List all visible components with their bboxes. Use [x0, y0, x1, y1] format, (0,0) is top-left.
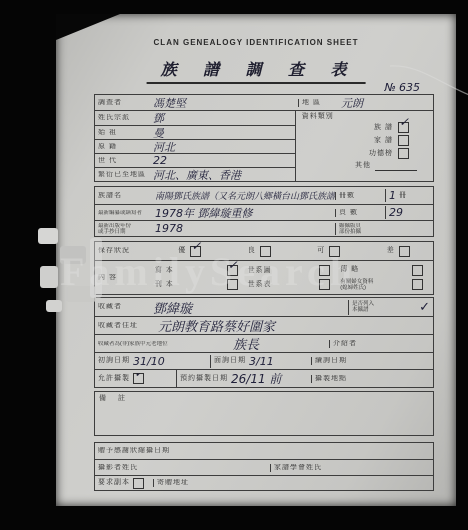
- condition-label: 保存狀況: [98, 247, 130, 255]
- category-option-label: 家 譜: [374, 137, 393, 145]
- content-checkbox: [227, 279, 238, 290]
- publish-year-row: 最新出版年份 或手抄日期 1978 縮攝版頁 部份拍攝: [95, 220, 433, 236]
- content-col-pedigree: 世系圖 世系表: [248, 265, 341, 290]
- filming-location-label: 攝製地點: [315, 375, 347, 383]
- editor-value: 1978年 鄧緯璇重修: [155, 205, 253, 221]
- category-option-label: 功德榜: [369, 150, 393, 158]
- holder-status-value: 族長: [233, 334, 259, 353]
- condition-content-table: 保存狀況 優✓ 良 可 差 內 容 寫 本✓ 刊 本 世系圖 世系表: [94, 241, 434, 295]
- interview-date-value: 3/11: [249, 355, 274, 368]
- book-title-row: 族譜名 南陽鄧氏族譜（又名元朗八鄉橫台山鄧氏族譜） 冊數 1冊: [95, 187, 433, 204]
- holder-row: 收藏者 鄧緯璇 是否列入 本攝譜 ✓: [95, 298, 433, 316]
- book-title-label: 族譜名: [98, 192, 122, 200]
- generations-value: 22: [153, 154, 167, 167]
- condition-checkbox: ✓: [190, 246, 201, 257]
- clan-surname-label: 姓氏宗派: [98, 114, 130, 122]
- condition-row: 保存狀況 優✓ 良 可 差: [95, 242, 433, 260]
- photographer-row: 攝影者姓氏 家譜學會姓氏: [95, 459, 433, 475]
- copy-request-checkbox: [133, 478, 144, 489]
- option-label: 有關婦女資料 (媳婦姓氏): [340, 279, 373, 291]
- option-label: 刊 本: [155, 281, 174, 289]
- content-checkbox: [412, 279, 423, 290]
- scheduled-date-value: 26/11 前: [231, 370, 281, 387]
- holder-status-label: 收藏者為(非)家族中元老地位: [98, 341, 168, 347]
- condition-option-fair: 可: [317, 246, 340, 257]
- microfilm-frame: CLAN GENEALOGY IDENTIFICATION SHEET 族 譜 …: [0, 0, 468, 530]
- society-label: 家譜學會姓氏: [274, 464, 322, 472]
- category-checkbox: [398, 135, 409, 146]
- region-value: 元朗: [341, 95, 363, 111]
- filming-permission-row: 允許攝製✓ 預約攝製日期26/11 前 攝製地點: [95, 369, 433, 387]
- include-in-filming-box: 是否列入 本攝譜 ✓: [348, 300, 433, 315]
- content-col-manuscript: 寫 本✓ 刊 本: [155, 265, 248, 290]
- option-label: 傳 略: [340, 266, 359, 274]
- holder-value: 鄧緯璇: [153, 298, 192, 317]
- book-title-value: 南陽鄧氏族譜（又名元朗八鄉橫台山鄧氏族譜）: [155, 189, 335, 202]
- pages-value: 29: [389, 206, 403, 219]
- pages-label: 頁 數: [339, 209, 358, 217]
- content-option-women-records: 有關婦女資料 (媳婦姓氏): [340, 279, 433, 291]
- content-checkbox: [412, 265, 423, 276]
- volumes-value: 1: [389, 189, 396, 202]
- holder-address-row: 收藏者住址 元朗教育路蔡好圍家: [95, 316, 433, 334]
- publish-year-label: 最新出版年份 或手抄日期: [98, 223, 131, 235]
- remarks-box: 備 註: [94, 391, 434, 436]
- content-option-printed: 刊 本: [155, 279, 248, 290]
- identity-left-rows: 姓氏宗派 鄧 始 祖 曼 原 籍 河北 世 代 22: [95, 111, 295, 181]
- first-inquiry-value: 31/10: [133, 355, 165, 368]
- content-option-pedigree-chart: 世系圖: [248, 265, 341, 276]
- content-option-manuscript: 寫 本✓: [155, 265, 248, 276]
- category-other-label: 其他: [355, 162, 371, 170]
- introducer-label: 介紹者: [333, 340, 357, 348]
- content-checkbox: [319, 279, 330, 290]
- content-checkbox: [319, 265, 330, 276]
- holder-address-value: 元朗教育路蔡好圍家: [158, 316, 275, 335]
- category-checkbox: [398, 148, 409, 159]
- holder-label: 收藏者: [98, 303, 122, 311]
- condition-checkbox: [260, 246, 271, 257]
- interview-date-label: 面詢日期: [214, 357, 246, 365]
- sheet-number-value: 635: [399, 81, 420, 94]
- sheet-number: № 635: [384, 81, 420, 94]
- surveyor-label: 調查者: [98, 99, 122, 107]
- checkmark: ✓: [191, 239, 201, 253]
- generations-label: 世 代: [98, 157, 117, 165]
- generations-row: 世 代 22: [95, 153, 295, 167]
- condition-checkbox: [329, 246, 340, 257]
- clan-surname-row: 姓氏宗派 鄧: [95, 111, 295, 125]
- admin-table: 贈予感謝狀縮攝日期 攝影者姓氏 家譜學會姓氏 要求副本 寄贈地址: [94, 442, 434, 491]
- option-label: 良: [248, 247, 256, 255]
- option-label: 寫 本: [155, 267, 174, 275]
- film-artifact: [46, 300, 62, 312]
- region-label: 地 區: [302, 99, 321, 107]
- content-checkbox: ✓: [227, 265, 238, 276]
- surveyor-row: 調查者 馮楚堅 地 區 元朗: [95, 95, 433, 110]
- document-page: CLAN GENEALOGY IDENTIFICATION SHEET 族 譜 …: [56, 14, 456, 506]
- condition-options: 優✓ 良 可 差: [155, 246, 433, 257]
- spread-regions-value: 河北、廣東、香港: [153, 167, 241, 183]
- condition-checkbox: [399, 246, 410, 257]
- editor-label: 最新編纂或繕寫者: [98, 210, 142, 216]
- other-blank-line: [375, 162, 417, 171]
- inquiry-dates-row: 初詢日期31/10 面詢日期3/11 續詢日期: [95, 352, 433, 369]
- volumes-suffix: 冊: [399, 192, 407, 200]
- content-row: 內 容 寫 本✓ 刊 本 世系圖 世系表 傳 略 有關婦女資料 (媳婦姓氏): [95, 260, 433, 294]
- category-option-clan-genealogy: 族 譜 ✓: [302, 121, 427, 134]
- surveyor-value: 馮楚堅: [153, 95, 186, 111]
- volumes-label: 冊數: [339, 192, 355, 200]
- condition-option-good: 良: [248, 246, 271, 257]
- film-artifact: [60, 246, 86, 264]
- first-inquiry-label: 初詢日期: [98, 357, 130, 365]
- content-option-biography: 傳 略: [340, 265, 433, 276]
- category-other: 其他: [302, 160, 427, 172]
- editor-row: 最新編纂或繕寫者 1978年 鄧緯璇重修 頁 數 29: [95, 204, 433, 220]
- sheet-number-label: №: [384, 81, 395, 94]
- include-label: 是否列入 本攝譜: [352, 301, 374, 313]
- mailing-address-label: 寄贈地址: [157, 479, 189, 487]
- identity-body: 姓氏宗派 鄧 始 祖 曼 原 籍 河北 世 代 22: [95, 110, 433, 181]
- award-date-row: 贈予感謝狀縮攝日期: [95, 443, 433, 459]
- origin-label: 原 籍: [98, 143, 117, 151]
- category-option-label: 族 譜: [374, 124, 393, 132]
- copy-request-row: 要求副本 寄贈地址: [95, 475, 433, 490]
- condition-option-poor: 差: [387, 246, 410, 257]
- checkmark: ✓: [228, 258, 238, 272]
- photographer-label: 攝影者姓氏: [98, 464, 138, 472]
- category-option-family-genealogy: 家 譜: [302, 134, 427, 147]
- permission-label: 允許攝製: [98, 375, 130, 383]
- form-chinese-title: 族 譜 調 查 表: [147, 57, 366, 84]
- include-checkmark: ✓: [419, 300, 430, 315]
- origin-value: 河北: [153, 139, 175, 155]
- genealogy-book-table: 族譜名 南陽鄧氏族譜（又名元朗八鄉橫台山鄧氏族譜） 冊數 1冊 最新編纂或繕寫者…: [94, 186, 434, 237]
- option-label: 可: [317, 247, 325, 255]
- holder-table: 收藏者 鄧緯璇 是否列入 本攝譜 ✓ 收藏者住址 元朗教育路蔡好圍家 收藏者為(…: [94, 297, 434, 388]
- filming-pages-label: 縮攝版頁 部份拍攝: [339, 223, 361, 235]
- option-label: 世系圖: [248, 267, 272, 275]
- category-checkbox: ✓: [398, 122, 409, 133]
- spread-regions-row: 繁衍已至地區 河北、廣東、香港: [95, 167, 295, 181]
- followup-date-label: 續詢日期: [315, 357, 347, 365]
- option-label: 優: [178, 247, 186, 255]
- holder-status-row: 收藏者為(非)家族中元老地位 族長 介紹者: [95, 334, 433, 352]
- film-corner-shadow: [56, 14, 120, 40]
- film-artifact: [40, 266, 58, 288]
- first-ancestor-label: 始 祖: [98, 129, 117, 137]
- scheduled-date-label: 預約攝製日期: [180, 375, 228, 383]
- spread-regions-label: 繁衍已至地區: [98, 171, 146, 179]
- publish-year-value: 1978: [155, 222, 183, 235]
- remarks-label: 備 註: [99, 395, 130, 403]
- condition-option-excellent: 優✓: [178, 246, 201, 257]
- identity-table: 調查者 馮楚堅 地 區 元朗 姓氏宗派 鄧 始 祖 曼 原 籍: [94, 94, 434, 182]
- content-col-biography: 傳 略 有關婦女資料 (媳婦姓氏): [340, 265, 433, 291]
- copy-request-label: 要求副本: [98, 479, 130, 487]
- checkmark: ✓: [399, 115, 409, 129]
- record-category-box: 資料類別 族 譜 ✓ 家 譜 功德榜 其他: [295, 111, 433, 181]
- origin-row: 原 籍 河北: [95, 139, 295, 153]
- film-artifact: [90, 238, 102, 298]
- holder-address-label: 收藏者住址: [98, 322, 138, 330]
- option-label: 世系表: [248, 281, 272, 289]
- first-ancestor-row: 始 祖 曼: [95, 125, 295, 139]
- checkmark: ✓: [134, 373, 144, 380]
- permission-checkbox: ✓: [133, 373, 144, 384]
- option-label: 差: [387, 247, 395, 255]
- form-english-title: CLAN GENEALOGY IDENTIFICATION SHEET: [56, 38, 456, 47]
- content-option-pedigree-table: 世系表: [248, 279, 341, 290]
- award-date-label: 贈予感謝狀縮攝日期: [98, 447, 170, 455]
- category-option-merit-board: 功德榜: [302, 147, 427, 160]
- film-artifact: [38, 228, 58, 244]
